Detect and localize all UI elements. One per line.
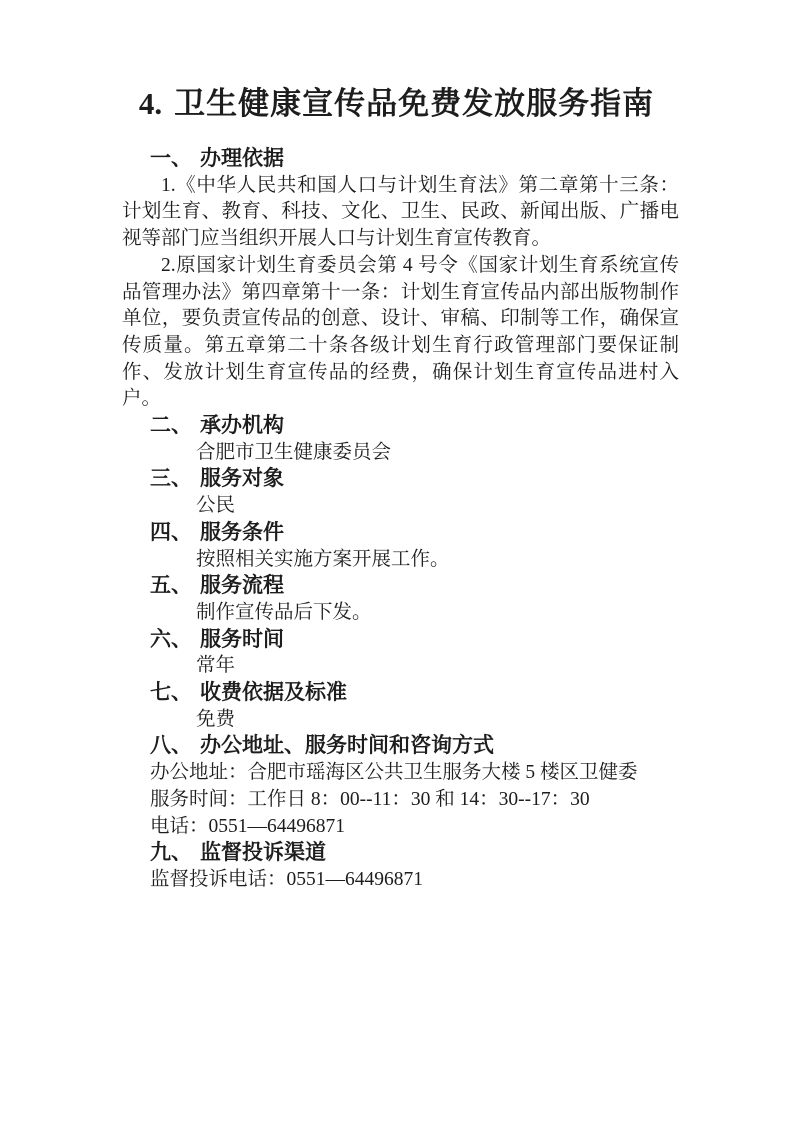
heading-number: 七、	[150, 681, 192, 704]
heading-number: 六、	[150, 628, 192, 651]
section-content: 按照相关实施方案开展工作。	[122, 547, 679, 574]
section-handling-basis: 一、办理依据 1.《中华人民共和国人口与计划生育法》第二章第十三条：计划生育、教…	[122, 146, 679, 413]
heading-label: 收费依据及标准	[200, 681, 347, 704]
section-heading: 八、办公地址、服务时间和咨询方式	[122, 733, 679, 760]
section-content: 免费	[122, 707, 679, 734]
section-heading: 九、监督投诉渠道	[122, 840, 679, 867]
office-address-line: 办公地址：合肥市瑶海区公共卫生服务大楼 5 楼区卫健委	[122, 760, 679, 787]
section-content: 常年	[122, 653, 679, 680]
heading-number: 一、	[150, 147, 192, 170]
phone-line: 电话：0551—64496871	[122, 814, 679, 841]
section-heading: 六、服务时间	[122, 627, 679, 654]
heading-number: 三、	[150, 467, 192, 490]
heading-label: 监督投诉渠道	[200, 841, 326, 864]
section-heading: 四、服务条件	[122, 520, 679, 547]
section-undertaking-agency: 二、承办机构 合肥市卫生健康委员会	[122, 413, 679, 466]
section-heading: 二、承办机构	[122, 413, 679, 440]
heading-number: 九、	[150, 841, 192, 864]
section-heading: 一、办理依据	[122, 146, 679, 173]
section-service-target: 三、服务对象 公民	[122, 466, 679, 519]
section-fee-basis: 七、收费依据及标准 免费	[122, 680, 679, 733]
heading-label: 办公地址、服务时间和咨询方式	[200, 734, 494, 757]
heading-number: 二、	[150, 414, 192, 437]
document-page: 4.卫生健康宣传品免费发放服务指南 一、办理依据 1.《中华人民共和国人口与计划…	[0, 0, 793, 1122]
document-body: 一、办理依据 1.《中华人民共和国人口与计划生育法》第二章第十三条：计划生育、教…	[122, 146, 679, 894]
heading-label: 服务条件	[200, 521, 284, 544]
section-content: 公民	[122, 493, 679, 520]
title-text: 卫生健康宣传品免费发放服务指南	[174, 86, 654, 121]
section-service-hours: 六、服务时间 常年	[122, 627, 679, 680]
heading-label: 服务时间	[200, 628, 284, 651]
service-hours-line: 服务时间：工作日 8：00--11：30 和 14：30--17：30	[122, 787, 679, 814]
section-content: 制作宣传品后下发。	[122, 600, 679, 627]
section-content: 合肥市卫生健康委员会	[122, 440, 679, 467]
section-supervision-complaints: 九、监督投诉渠道 监督投诉电话：0551—64496871	[122, 840, 679, 893]
heading-label: 服务对象	[200, 467, 284, 490]
heading-number: 四、	[150, 521, 192, 544]
heading-label: 服务流程	[200, 574, 284, 597]
complaint-phone-line: 监督投诉电话：0551—64496871	[122, 867, 679, 894]
title-number: 4.	[139, 86, 162, 121]
section-heading: 五、服务流程	[122, 573, 679, 600]
section-heading: 三、服务对象	[122, 466, 679, 493]
section-service-conditions: 四、服务条件 按照相关实施方案开展工作。	[122, 520, 679, 573]
page-title: 4.卫生健康宣传品免费发放服务指南	[0, 0, 793, 124]
section-office-contact: 八、办公地址、服务时间和咨询方式 办公地址：合肥市瑶海区公共卫生服务大楼 5 楼…	[122, 733, 679, 840]
heading-label: 办理依据	[200, 147, 284, 170]
section-service-process: 五、服务流程 制作宣传品后下发。	[122, 573, 679, 626]
paragraph: 1.《中华人民共和国人口与计划生育法》第二章第十三条：计划生育、教育、科技、文化…	[122, 173, 679, 253]
section-heading: 七、收费依据及标准	[122, 680, 679, 707]
heading-label: 承办机构	[200, 414, 284, 437]
heading-number: 五、	[150, 574, 192, 597]
heading-number: 八、	[150, 734, 192, 757]
paragraph: 2.原国家计划生育委员会第 4 号令《国家计划生育系统宣传品管理办法》第四章第十…	[122, 253, 679, 413]
